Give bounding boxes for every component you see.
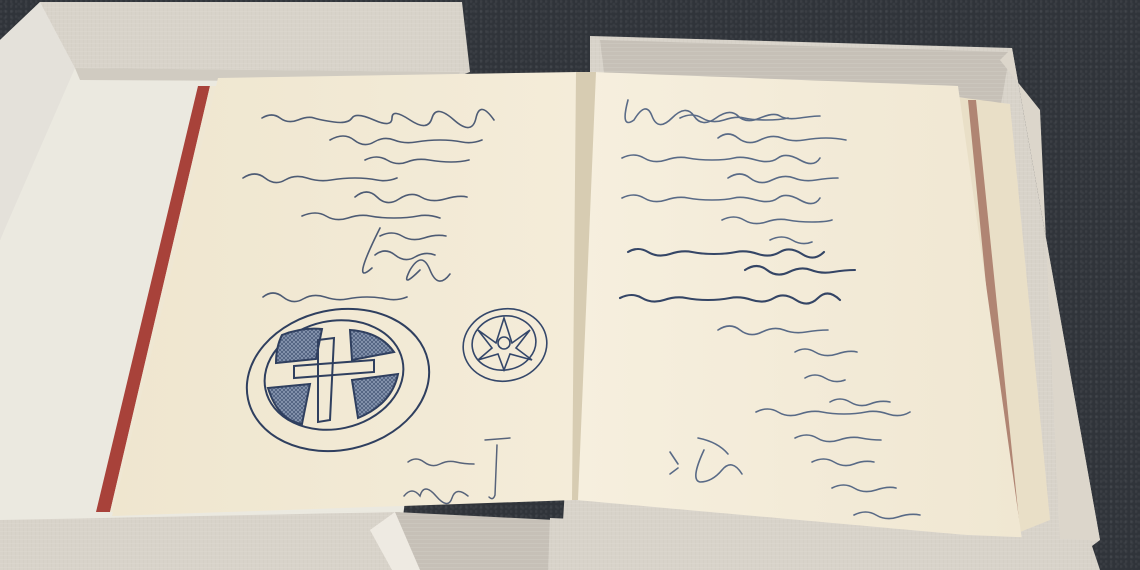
notebook-illustration xyxy=(0,0,1140,570)
right-page xyxy=(576,72,1022,540)
photo-scene: Open handwritten notebook resting in a l… xyxy=(0,0,1140,570)
